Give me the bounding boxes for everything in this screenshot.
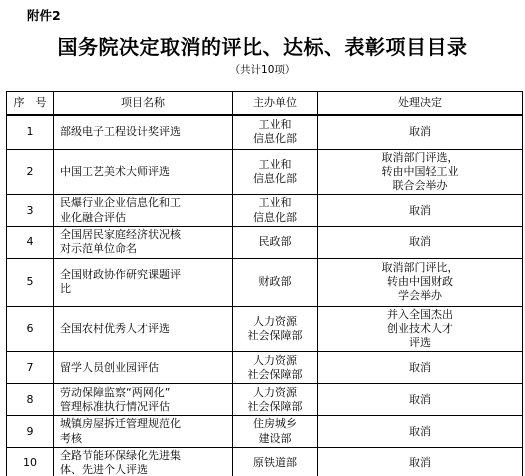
cell-project-name: 全路节能环保绿化先进集 体、先进个人评选 <box>54 448 233 476</box>
attachment-label: 附件2 <box>27 6 525 24</box>
cancelled-projects-table: 序 号 项目名称 主办单位 处理决定 1 部级电子工程设计奖评选 工业和 信息化… <box>6 91 523 476</box>
cell-seq: 10 <box>7 448 54 476</box>
cell-seq: 5 <box>7 258 54 306</box>
table-row: 5 全国财政协作研究课题评 比 财政部 取消部门评比， 转由中国财政 学会举办 <box>7 258 523 306</box>
cell-decision: 取消 <box>318 115 523 149</box>
cell-seq: 8 <box>7 384 54 416</box>
cell-decision: 取消 <box>318 416 523 448</box>
cell-project-name: 留学人员创业园评估 <box>54 352 233 384</box>
table-row: 1 部级电子工程设计奖评选 工业和 信息化部 取消 <box>7 115 523 149</box>
cell-organizer: 人力资源 社会保障部 <box>233 384 318 416</box>
document-page: 附件2 国务院决定取消的评比、达标、表彰项目目录 （共计10项） 序 号 项目名… <box>0 0 525 476</box>
cell-decision: 并入全国杰出 创业技术人才 评选 <box>318 306 523 352</box>
cell-decision: 取消部门评选， 转由中国轻工业 联合会举办 <box>318 149 523 195</box>
cell-decision: 取消部门评比， 转由中国财政 学会举办 <box>318 258 523 306</box>
cell-organizer: 人力资源 社会保障部 <box>233 306 318 352</box>
header-seq: 序 号 <box>7 92 54 116</box>
cell-seq: 7 <box>7 352 54 384</box>
cell-project-name: 劳动保障监察“两网化” 管理标准执行情况评估 <box>54 384 233 416</box>
cell-decision: 取消 <box>318 226 523 258</box>
table-row: 10 全路节能环保绿化先进集 体、先进个人评选 原铁道部 取消 <box>7 448 523 476</box>
header-organizer: 主办单位 <box>233 92 318 116</box>
table-row: 9 城镇房屋拆迁管理规范化 考核 住房城乡 建设部 取消 <box>7 416 523 448</box>
cell-seq: 1 <box>7 115 54 149</box>
cell-project-name: 全国居民家庭经济状况核 对示范单位命名 <box>54 226 233 258</box>
cell-organizer: 人力资源 社会保障部 <box>233 352 318 384</box>
cell-organizer: 财政部 <box>233 258 318 306</box>
cell-project-name: 部级电子工程设计奖评选 <box>54 115 233 149</box>
cell-seq: 6 <box>7 306 54 352</box>
table-header-row: 序 号 项目名称 主办单位 处理决定 <box>7 92 523 116</box>
cell-decision: 取消 <box>318 352 523 384</box>
cell-organizer: 原铁道部 <box>233 448 318 476</box>
cell-project-name: 城镇房屋拆迁管理规范化 考核 <box>54 416 233 448</box>
table-row: 8 劳动保障监察“两网化” 管理标准执行情况评估 人力资源 社会保障部 取消 <box>7 384 523 416</box>
cell-decision: 取消 <box>318 195 523 227</box>
table-row: 7 留学人员创业园评估 人力资源 社会保障部 取消 <box>7 352 523 384</box>
cell-seq: 3 <box>7 195 54 227</box>
cell-project-name: 中国工艺美术大师评选 <box>54 149 233 195</box>
cell-organizer: 工业和 信息化部 <box>233 115 318 149</box>
page-title: 国务院决定取消的评比、达标、表彰项目目录 <box>0 35 525 59</box>
cell-project-name: 民爆行业企业信息化和工 业化融合评估 <box>54 195 233 227</box>
cell-seq: 2 <box>7 149 54 195</box>
cell-project-name: 全国财政协作研究课题评 比 <box>54 258 233 306</box>
cell-decision: 取消 <box>318 448 523 476</box>
cell-project-name: 全国农村优秀人才评选 <box>54 306 233 352</box>
table-row: 6 全国农村优秀人才评选 人力资源 社会保障部 并入全国杰出 创业技术人才 评选 <box>7 306 523 352</box>
cell-seq: 4 <box>7 226 54 258</box>
cell-seq: 9 <box>7 416 54 448</box>
cell-organizer: 工业和 信息化部 <box>233 195 318 227</box>
header-project-name: 项目名称 <box>54 92 233 116</box>
cell-organizer: 民政部 <box>233 226 318 258</box>
table-row: 2 中国工艺美术大师评选 工业和 信息化部 取消部门评选， 转由中国轻工业 联合… <box>7 149 523 195</box>
cell-decision: 取消 <box>318 384 523 416</box>
page-subtitle: （共计10项） <box>0 62 525 77</box>
table-row: 3 民爆行业企业信息化和工 业化融合评估 工业和 信息化部 取消 <box>7 195 523 227</box>
header-decision: 处理决定 <box>318 92 523 116</box>
table-row: 4 全国居民家庭经济状况核 对示范单位命名 民政部 取消 <box>7 226 523 258</box>
cell-organizer: 住房城乡 建设部 <box>233 416 318 448</box>
cell-organizer: 工业和 信息化部 <box>233 149 318 195</box>
